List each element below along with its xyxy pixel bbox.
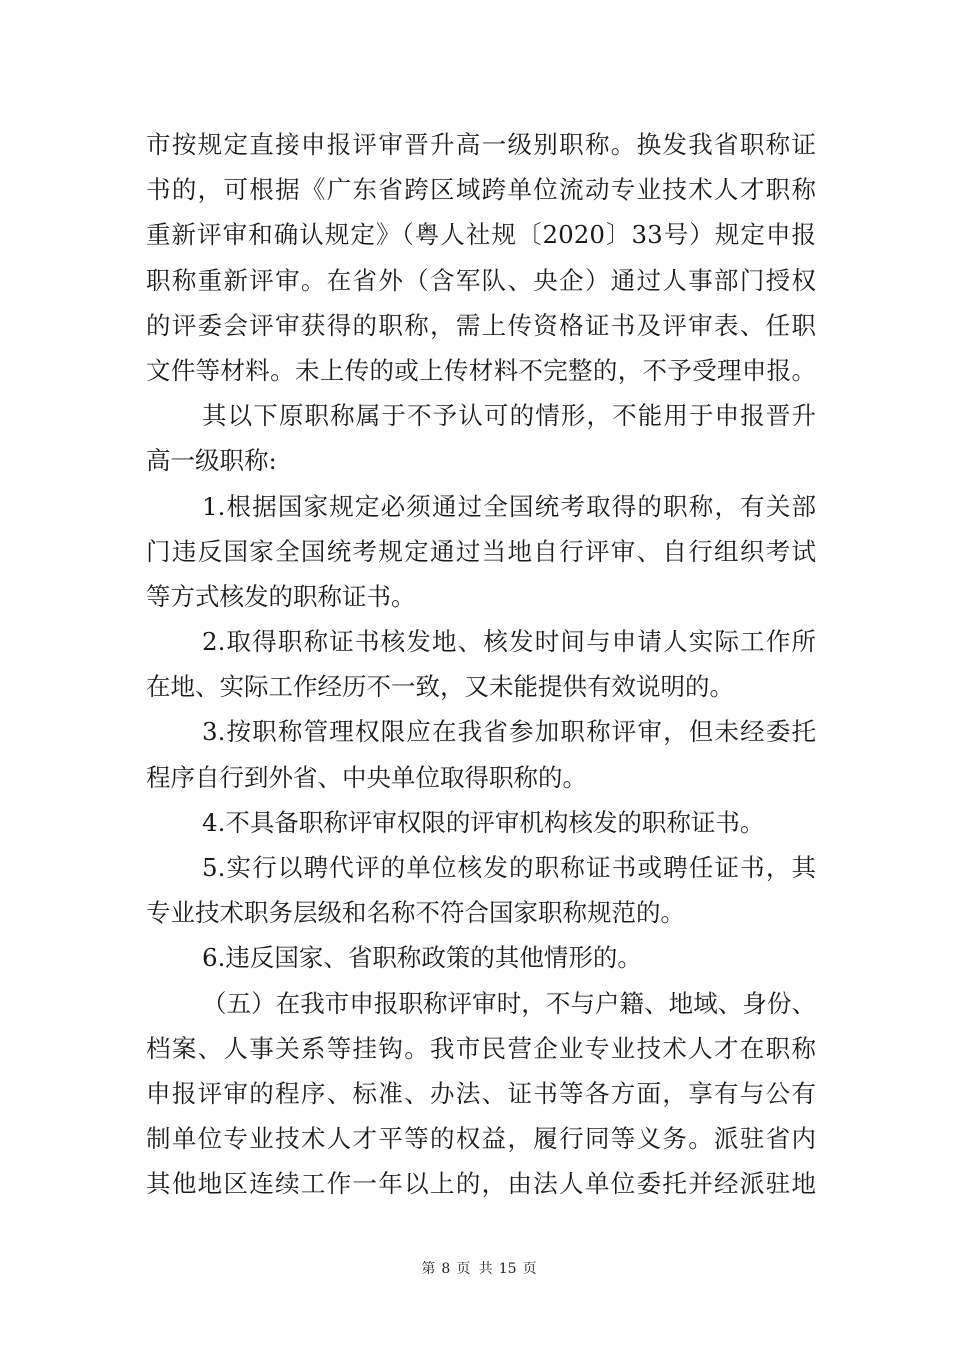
text-line: 档案、人事关系等挂钩。我市民营企业专业技术人才在职称 [146, 1026, 816, 1071]
text-line: 其他地区连续工作一年以上的，由法人单位委托并经派驻地 [146, 1161, 816, 1206]
list-item-5-line: 5.实行以聘代评的单位核发的职称证书或聘任证书，其 [146, 845, 816, 890]
page-footer: 第8页 共15页 [0, 1258, 958, 1278]
footer-prefix: 第 [421, 1261, 435, 1277]
section-five-line: （五）在我市申报职称评审时，不与户籍、地域、身份、 [146, 981, 816, 1026]
text-line: 等方式核发的职称证书。 [146, 574, 816, 619]
list-item-1-line: 1.根据国家规定必须通过全国统考取得的职称，有关部 [146, 484, 816, 529]
text-line: 文件等材料。未上传的或上传材料不完整的，不予受理申报。 [146, 348, 816, 393]
text-line: 高一级职称: [146, 438, 816, 483]
list-item-6-line: 6.违反国家、省职称政策的其他情形的。 [146, 935, 816, 980]
text-line: 制单位专业技术人才平等的权益，履行同等义务。派驻省内 [146, 1116, 816, 1161]
text-line: 重新评审和确认规定》（粤人社规〔2020〕33号）规定申报 [146, 212, 816, 257]
text-line: 的评委会评审获得的职称，需上传资格证书及评审表、任职 [146, 303, 816, 348]
list-item-4-line: 4.不具备职称评审权限的评审机构核发的职称证书。 [146, 800, 816, 845]
text-line: 市按规定直接申报评审晋升高一级别职称。换发我省职称证 [146, 122, 816, 167]
total-pages: 15 [499, 1261, 517, 1277]
text-line: 门违反国家全国统考规定通过当地自行评审、自行组织考试 [146, 529, 816, 574]
text-line: 申报评审的程序、标准、办法、证书等各方面，享有与公有 [146, 1071, 816, 1116]
page-number: 8 [441, 1261, 450, 1277]
footer-middle: 页 共 [456, 1261, 492, 1277]
footer-suffix: 页 [523, 1261, 537, 1277]
text-line: 职称重新评审。在省外（含军队、央企）通过人事部门授权 [146, 258, 816, 303]
list-item-2-line: 2.取得职称证书核发地、核发时间与申请人实际工作所 [146, 619, 816, 664]
text-line: 程序自行到外省、中央单位取得职称的。 [146, 755, 816, 800]
paragraph-start-line: 其以下原职称属于不予认可的情形，不能用于申报晋升 [146, 393, 816, 438]
text-line: 专业技术职务层级和名称不符合国家职称规范的。 [146, 890, 816, 935]
text-line: 在地、实际工作经历不一致，又未能提供有效说明的。 [146, 664, 816, 709]
document-body: 市按规定直接申报评审晋升高一级别职称。换发我省职称证 书的，可根据《广东省跨区域… [146, 122, 816, 1207]
text-line: 书的，可根据《广东省跨区域跨单位流动专业技术人才职称 [146, 167, 816, 212]
list-item-3-line: 3.按职称管理权限应在我省参加职称评审，但未经委托 [146, 709, 816, 754]
